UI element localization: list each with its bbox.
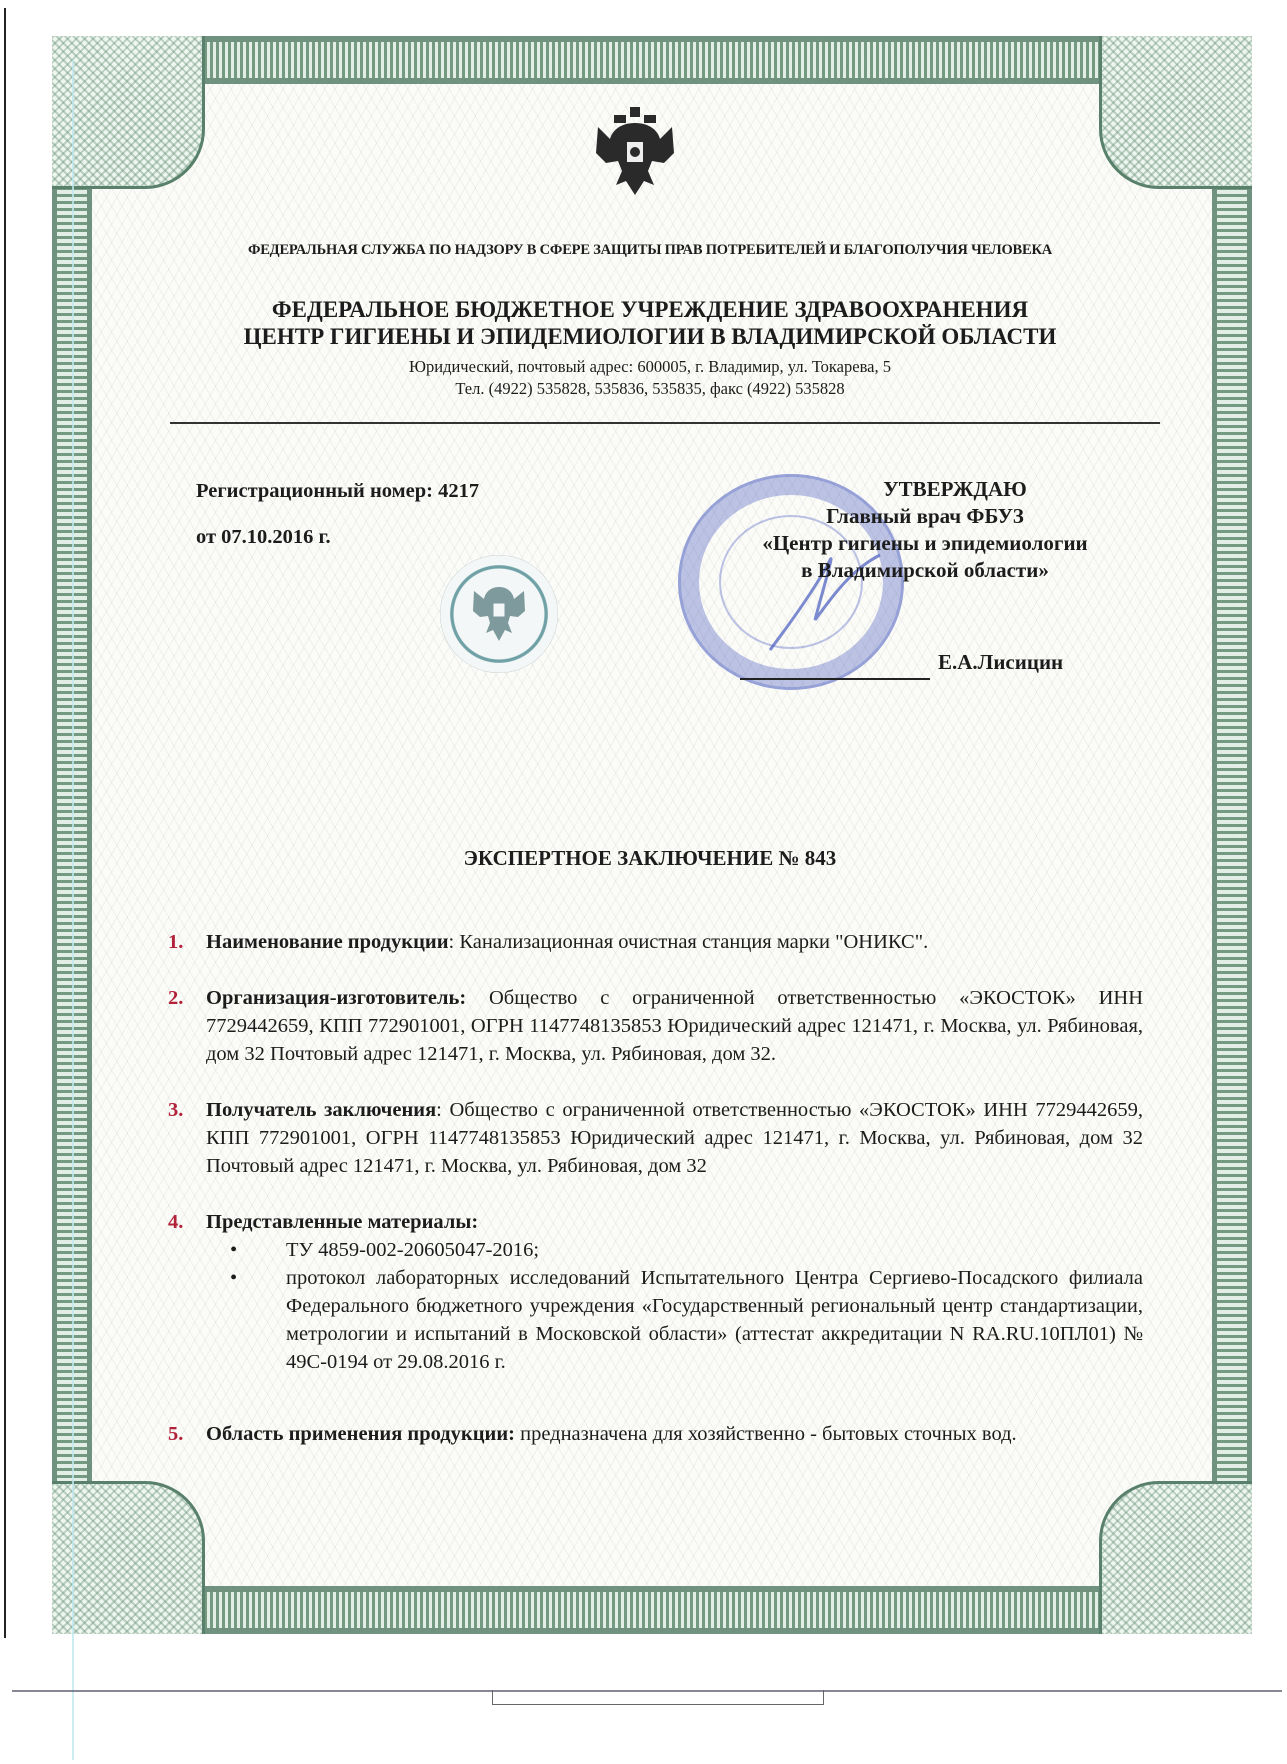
section-application-area: 5. Область применения продукции: предназ… bbox=[168, 1420, 1143, 1448]
approval-block: УТВЕРЖДАЮ Главный врач ФБУЗ «Центр гигие… bbox=[690, 476, 1160, 584]
registration-number: Регистрационный номер: 4217 bbox=[196, 480, 479, 503]
section-product-name: 1. Наименование продукции: Канализационн… bbox=[168, 928, 1143, 956]
institution-phones: Тел. (4922) 535828, 535836, 535835, факс… bbox=[170, 378, 1130, 400]
section-label: Получатель заключения bbox=[206, 1099, 436, 1121]
section-label: Область применения продукции: bbox=[206, 1423, 515, 1445]
institution-name: ФЕДЕРАЛЬНОЕ БЮДЖЕТНОЕ УЧРЕЖДЕНИЕ ЗДРАВОО… bbox=[170, 296, 1130, 350]
agency-name: ФЕДЕРАЛЬНАЯ СЛУЖБА ПО НАДЗОРУ В СФЕРЕ ЗА… bbox=[170, 242, 1130, 259]
section-number: 5. bbox=[168, 1420, 183, 1448]
materials-item: протокол лабораторных исследований Испыт… bbox=[262, 1264, 1143, 1376]
hologram-seal bbox=[440, 555, 558, 673]
section-number: 3. bbox=[168, 1096, 183, 1124]
registration-date: от 07.10.2016 г. bbox=[196, 526, 331, 549]
section-label: Наименование продукции bbox=[206, 931, 449, 953]
section-text: предназначена для хозяйственно - бытовых… bbox=[520, 1423, 1017, 1445]
section-separator: : bbox=[449, 931, 460, 953]
section-label: Организация-изготовитель: bbox=[206, 987, 466, 1009]
section-separator bbox=[466, 987, 489, 1009]
approval-position: Главный врач ФБУЗ bbox=[690, 503, 1160, 530]
institution-line-2: ЦЕНТР ГИГИЕНЫ И ЭПИДЕМИОЛОГИИ В ВЛАДИМИР… bbox=[170, 323, 1130, 350]
materials-list: ТУ 4859-002-20605047-2016; протокол лабо… bbox=[206, 1236, 1143, 1376]
section-separator: : bbox=[436, 1099, 449, 1121]
coat-of-arms-icon bbox=[590, 105, 680, 200]
materials-item: ТУ 4859-002-20605047-2016; bbox=[262, 1236, 1143, 1264]
header-divider bbox=[170, 422, 1160, 424]
hologram-eagle-icon bbox=[470, 581, 528, 643]
section-manufacturer: 2. Организация-изготовитель: Общество с … bbox=[168, 984, 1143, 1068]
institution-line-1: ФЕДЕРАЛЬНОЕ БЮДЖЕТНОЕ УЧРЕЖДЕНИЕ ЗДРАВОО… bbox=[170, 296, 1130, 323]
document-content: ФЕДЕРАЛЬНАЯ СЛУЖБА ПО НАДЗОРУ В СФЕРЕ ЗА… bbox=[0, 0, 1287, 1764]
signer-name: Е.А.Лисицин bbox=[938, 650, 1063, 675]
institution-contacts: Юридический, почтовый адрес: 600005, г. … bbox=[170, 356, 1130, 400]
section-number: 1. bbox=[168, 928, 183, 956]
section-label: Представленные материалы: bbox=[206, 1211, 478, 1233]
signature-line bbox=[740, 678, 930, 680]
section-recipient: 3. Получатель заключения: Общество с огр… bbox=[168, 1096, 1143, 1180]
approval-org-line-1: «Центр гигиены и эпидемиологии bbox=[690, 530, 1160, 557]
institution-address: Юридический, почтовый адрес: 600005, г. … bbox=[170, 356, 1130, 378]
conclusion-sections: 1. Наименование продукции: Канализационн… bbox=[168, 928, 1143, 1476]
approval-org-line-2: в Владимирской области» bbox=[690, 557, 1160, 584]
section-number: 4. bbox=[168, 1208, 183, 1236]
section-number: 2. bbox=[168, 984, 183, 1012]
approval-heading: УТВЕРЖДАЮ bbox=[690, 476, 1160, 503]
document-title: ЭКСПЕРТНОЕ ЗАКЛЮЧЕНИЕ № 843 bbox=[170, 846, 1130, 871]
section-materials: 4. Представленные материалы: ТУ 4859-002… bbox=[168, 1208, 1143, 1376]
section-text: Канализационная очистная станция марки "… bbox=[459, 931, 928, 953]
